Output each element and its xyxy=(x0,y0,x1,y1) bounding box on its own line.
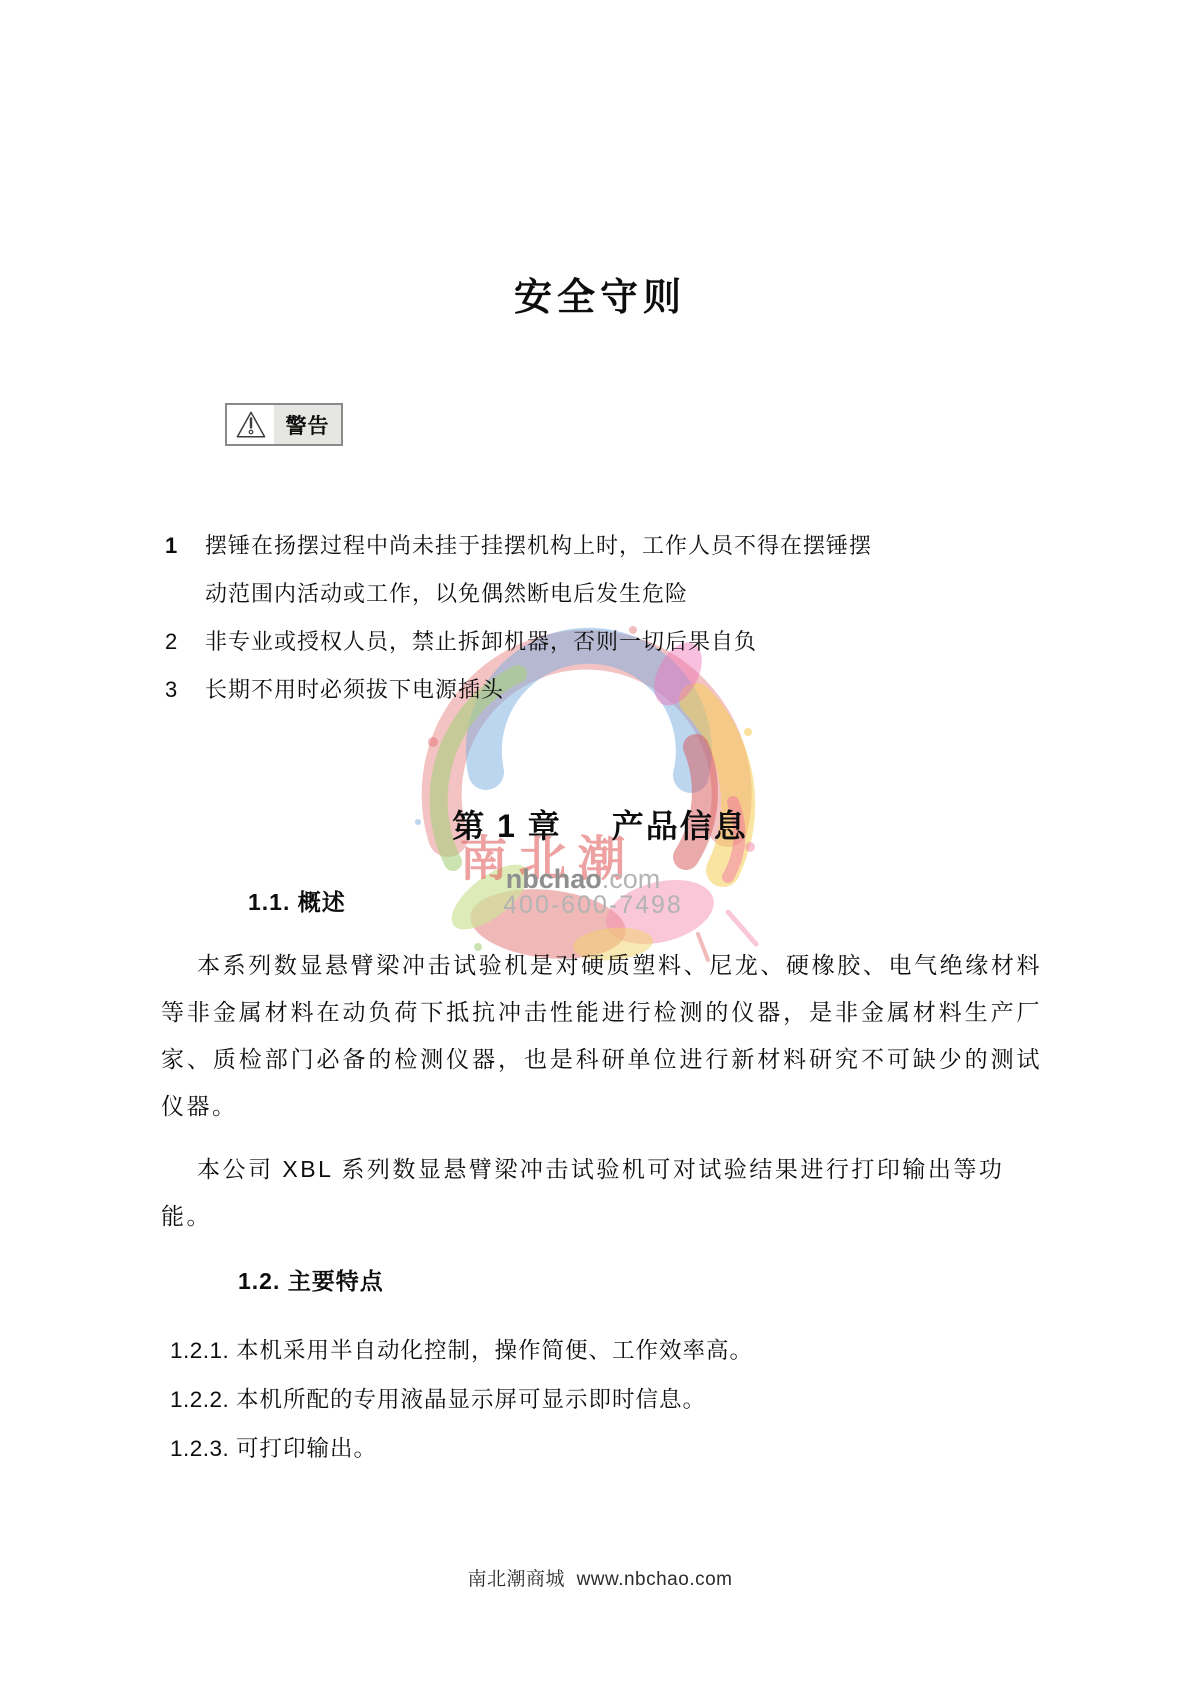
page-footer: 南北潮商城 www.nbchao.com xyxy=(0,1564,1200,1591)
feature-number: 1.2.3. xyxy=(170,1424,236,1473)
feature-text: 可打印输出。 xyxy=(236,1424,1030,1473)
warning-box: 警告 xyxy=(225,403,343,446)
features-list: 1.2.1. 本机采用半自动化控制，操作简便、工作效率高。 1.2.2. 本机所… xyxy=(170,1326,1030,1473)
safety-rule-text: 非专业或授权人员，禁止拆卸机器，否则一切后果自负 xyxy=(205,618,883,666)
overview-paragraph-2: 本公司 XBL 系列数显悬臂梁冲击试验机可对试验结果进行打印输出等功能。 xyxy=(161,1146,1042,1240)
chapter-title: 产品信息 xyxy=(612,801,748,847)
safety-rule-number: 3 xyxy=(165,666,205,714)
feature-text: 本机所配的专用液晶显示屏可显示即时信息。 xyxy=(236,1375,1030,1424)
feature-number: 1.2.2. xyxy=(170,1375,236,1424)
safety-rule-text: 摆锤在扬摆过程中尚未挂于挂摆机构上时，工作人员不得在摆锤摆动范围内活动或工作，以… xyxy=(205,522,883,618)
feature-number: 1.2.1. xyxy=(170,1326,236,1375)
chapter-heading: 第 1 章 产品信息 xyxy=(0,801,1200,847)
watermark-phone-text: 400-600-7498 xyxy=(443,891,743,920)
feature-item: 1.2.3. 可打印输出。 xyxy=(170,1424,1030,1473)
warning-triangle-icon xyxy=(235,410,267,440)
section-heading-overview: 1.1. 概述 xyxy=(248,884,346,917)
watermark-site: nbchao xyxy=(506,864,602,894)
chapter-number: 第 1 章 xyxy=(452,801,562,847)
safety-rule-number: 2 xyxy=(165,618,205,666)
safety-rule-number: 1 xyxy=(165,522,205,618)
warning-label: 警告 xyxy=(274,405,341,444)
warning-icon-cell xyxy=(227,405,274,444)
overview-paragraph-1: 本系列数显悬臂梁冲击试验机是对硬质塑料、尼龙、硬橡胶、电气绝缘材料等非金属材料在… xyxy=(161,942,1042,1130)
section-heading-features: 1.2. 主要特点 xyxy=(238,1263,384,1296)
watermark-domain-text: nbchao.com xyxy=(433,864,733,895)
document-page: 南北潮 nbchao.com 400-600-7498 安全守则 警告 1 摆锤… xyxy=(0,0,1200,1697)
safety-rule-item: 3 长期不用时必须拔下电源插头 xyxy=(165,666,910,714)
feature-text: 本机采用半自动化控制，操作简便、工作效率高。 xyxy=(236,1326,1030,1375)
safety-rule-item: 1 摆锤在扬摆过程中尚未挂于挂摆机构上时，工作人员不得在摆锤摆动范围内活动或工作… xyxy=(165,522,910,618)
watermark-site-suffix: .com xyxy=(602,864,661,894)
safety-rule-item: 2 非专业或授权人员，禁止拆卸机器，否则一切后果自负 xyxy=(165,618,910,666)
page-title: 安全守则 xyxy=(0,266,1200,321)
safety-rule-text: 长期不用时必须拔下电源插头 xyxy=(205,666,883,714)
feature-item: 1.2.1. 本机采用半自动化控制，操作简便、工作效率高。 xyxy=(170,1326,1030,1375)
safety-rules-list: 1 摆锤在扬摆过程中尚未挂于挂摆机构上时，工作人员不得在摆锤摆动范围内活动或工作… xyxy=(165,522,910,714)
feature-item: 1.2.2. 本机所配的专用液晶显示屏可显示即时信息。 xyxy=(170,1375,1030,1424)
